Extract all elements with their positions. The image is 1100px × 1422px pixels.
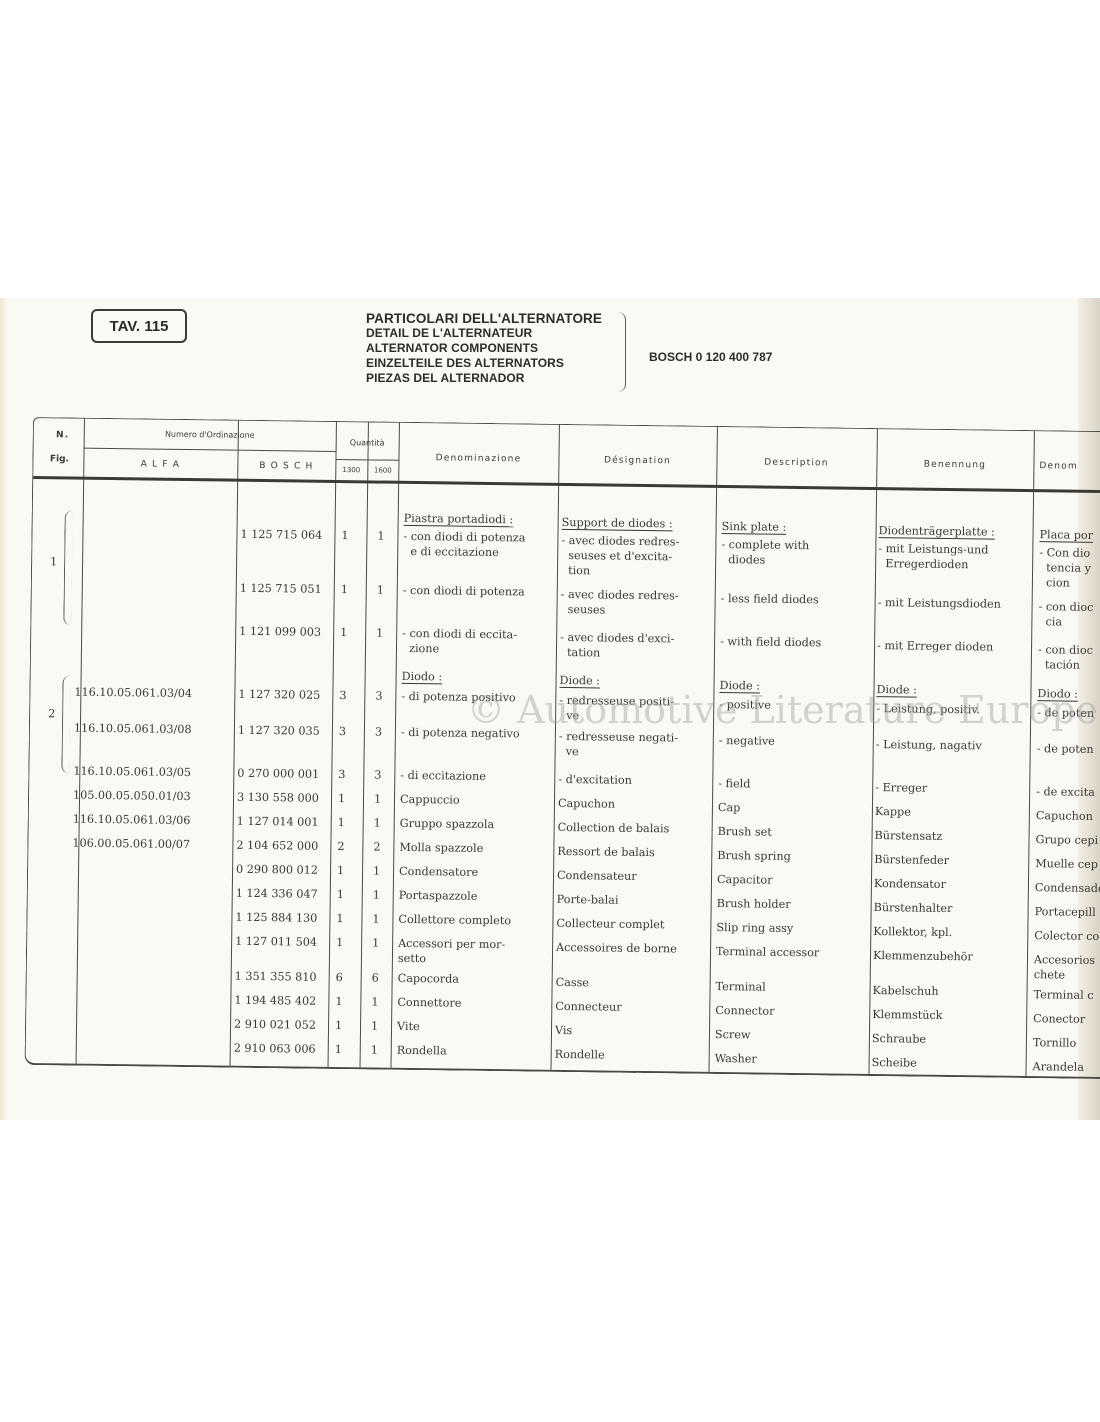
cell-qty-1300: 2 [337,839,344,854]
cell-bosch: 1 194 485 402 [234,993,316,1009]
cell-qty-1300: 1 [335,1042,342,1057]
cell-designation: Ressort de balais [557,844,655,860]
cell-description: Capacitor [717,872,773,888]
group-heading-es-1: Placa por [1039,527,1093,543]
header-quantity: Quantità [336,438,399,448]
cell-qty-1300: 1 [341,582,348,597]
cell-qty-1300: 1 [336,935,343,950]
cell-benennung: Klemmenzubehör [873,948,973,964]
cell-designation: Condensateur [557,868,637,884]
cell-denominazione: Connettore [397,995,461,1011]
cell-description: - complete with diodes [721,537,809,568]
section-titles: PARTICOLARI DELL'ALTERNATORE DETAIL DE L… [366,311,602,386]
cell-denominazione: - con diodi di eccita- zione [402,626,517,658]
title-fr: DETAIL DE L'ALTERNATEUR [366,326,602,341]
cell-designation: Rondelle [555,1047,605,1063]
group-heading-en-2: Diode : [719,678,760,694]
cell-bosch: 1 125 715 064 [240,527,322,543]
header-alfa: A L F A [83,459,237,471]
cell-bosch: 1 121 099 003 [239,624,321,640]
cell-denominacion: Terminal c [1033,987,1093,1003]
header-fig: Fig. [39,454,79,465]
cell-description: Brush holder [717,896,791,912]
cell-qty-1600: 1 [377,529,384,544]
cell-designation: - redresseuse positi- ve [559,693,674,724]
fig-number-1: 1 [50,554,57,569]
cell-alfa: 116.10.05.061.03/05 [73,764,191,781]
cell-alfa: 105.00.05.050.01/03 [73,788,191,805]
header-q1600: 1600 [367,466,398,474]
cell-designation: - avec diodes redres- seuses [560,587,678,619]
fig-brace-2 [61,675,70,773]
cell-benennung: Kollektor, kpl. [873,924,952,940]
cell-qty-1600: 1 [372,935,379,950]
cell-description: Brush set [718,824,772,840]
cell-denominacion: Colector co [1034,928,1099,944]
cell-denominacion: Arandela [1032,1059,1084,1075]
cell-denominazione: Collettore completo [398,912,511,928]
cell-qty-1600: 6 [372,970,379,985]
cell-qty-1600: 1 [371,1042,378,1057]
cell-qty-1300: 1 [336,911,343,926]
cell-denominazione: Condensatore [399,864,478,880]
cell-denominazione: Cappuccio [400,792,460,808]
plate-label: TAV. 115 [91,309,187,343]
col-divider [708,427,717,1072]
cell-description: Terminal accessor [716,944,819,960]
cell-bosch: 1 127 320 035 [238,723,320,739]
cell-qty-1300: 3 [339,724,346,739]
cell-description: Slip ring assy [716,920,793,936]
cell-denominazione: Gruppo spazzola [400,816,495,832]
cell-denominazione: Molla spazzole [399,840,483,856]
cell-denominacion: Accesorios chete [1034,952,1096,983]
cell-denominacion: - con dioc cia [1038,599,1093,630]
group-heading-fr-2: Diode : [559,673,600,689]
cell-qty-1300: 1 [341,528,348,543]
cell-qty-1600: 1 [376,626,383,641]
cell-denominazione: Accessori per mor- setto [398,936,505,967]
header-rule [33,476,1100,493]
header-benennung: Benennung [876,459,1033,471]
cell-benennung: Scheibe [872,1055,917,1071]
group-heading-it-2: Diodo : [402,669,443,685]
header-q1300: 1300 [335,466,367,474]
cell-denominacion: Condensado [1035,880,1100,896]
cell-denominazione: - di potenza positivo [401,689,516,705]
cell-qty-1600: 1 [374,815,381,830]
cell-description: - less field diodes [721,591,819,607]
cell-benennung: - mit Erreger dioden [877,638,993,655]
cell-bosch: 1 127 320 025 [238,687,320,703]
cell-denominazione: - di potenza negativo [401,725,520,742]
cell-benennung: - Leistung, nagativ [876,737,982,753]
cell-bosch: 1 125 715 051 [240,581,322,597]
cell-denominacion: - de poten [1037,705,1094,721]
bosch-reference: BOSCH 0 120 400 787 [649,350,772,364]
cell-qty-1600: 1 [373,863,380,878]
fig-brace-1 [63,510,73,625]
cell-denominazione: Rondella [397,1043,447,1059]
cell-benennung: Kondensator [874,876,946,892]
cell-benennung: - mit Leistungs-und Erregerdioden [878,541,988,572]
cell-bosch: 2 910 063 006 [234,1041,316,1057]
cell-alfa: 116.10.05.061.03/04 [74,685,192,702]
title-it: PARTICOLARI DELL'ALTERNATORE [366,311,602,326]
cell-benennung: Bürstensatz [874,828,942,844]
cell-qty-1600: 1 [377,583,384,598]
cell-qty-1300: 3 [338,767,345,782]
cell-alfa: 106.00.05.061.00/07 [72,836,190,853]
header-subline [84,448,336,452]
group-heading-es-2: Diodo : [1037,686,1078,702]
cell-qty-1300: 1 [338,791,345,806]
header-designation: Désignation [558,455,716,467]
cell-benennung: Bürstenfeder [874,852,949,868]
cell-denominazione: Portaspazzole [399,888,478,904]
cell-benennung: - Leistung, positiv. [876,701,980,717]
cell-designation: Connecteur [555,999,621,1015]
header-denominazione: Denominazione [398,453,558,465]
cell-designation: - redresseuse negati- ve [559,729,679,761]
cell-bosch: 1 351 355 810 [235,969,317,985]
cell-designation: Vis [555,1023,572,1038]
cell-denominacion: - de poten [1037,741,1094,757]
cell-denominazione: Capocorda [398,971,460,987]
parts-table: N. Fig. Numero d'Ordinazione A L F A B O… [25,417,1100,1079]
cell-designation: - avec diodes d'exci- tation [560,630,675,661]
fig-number-2: 2 [48,706,55,721]
cell-designation: Casse [556,975,590,990]
cell-bosch: 2 910 021 052 [234,1017,316,1033]
cell-designation: Collecteur complet [556,916,664,932]
cell-denominacion: Capuchon [1036,808,1093,824]
cell-denominazione: Vite [397,1019,420,1034]
col-divider [76,419,85,1064]
cell-denominacion: Portacepill [1035,904,1096,920]
cell-benennung: - Erreger [875,780,927,796]
cell-benennung: Schraube [872,1031,926,1047]
cell-qty-1300: 1 [338,815,345,830]
cell-designation: - avec diodes redres- seuses et d'excita… [561,533,680,580]
cell-qty-1300: 1 [337,887,344,902]
cell-qty-1300: 1 [335,1018,342,1033]
cell-denominacion: Grupo cepi [1035,832,1098,848]
cell-qty-1600: 1 [371,1018,378,1033]
cell-qty-1300: 1 [335,994,342,1009]
cell-description: - negative [719,733,775,749]
cell-benennung: - mit Leistungsdioden [878,595,1001,612]
cell-qty-1600: 1 [373,887,380,902]
title-brace [617,312,626,392]
cell-bosch: 1 127 011 504 [235,934,317,950]
header-fig-n: N. [48,430,78,440]
header-denominacion: Denom [1039,461,1100,472]
cell-bosch: 1 125 884 130 [235,910,317,926]
header-order-number: Numero d'Ordinazione [84,429,336,441]
cell-bosch: 1 124 336 047 [236,886,318,902]
cell-qty-1300: 1 [337,863,344,878]
cell-qty-1600: 2 [373,839,380,854]
cell-alfa: 116.10.05.061.03/06 [73,812,191,829]
cell-designation: Porte-balai [557,892,619,908]
cell-qty-1300: 3 [339,688,346,703]
cell-qty-1600: 3 [374,767,381,782]
cell-description: Connector [715,1003,774,1019]
cell-description: Terminal [716,979,766,995]
cell-bosch: 3 130 558 000 [237,790,319,806]
cell-denominacion: - con dioc tación [1038,642,1093,673]
group-heading-de-2: Diode : [876,682,917,698]
cell-denominazione: - con diodi di potenza e di eccitazione [403,529,525,561]
header-bosch: B O S C H [237,461,335,472]
title-de: EINZELTEILE DES ALTERNATORS [366,356,602,371]
cell-description: - field [718,776,750,791]
cell-qty-1600: 1 [371,994,378,1009]
cell-bosch: 1 127 014 001 [237,814,319,830]
group-heading-de-1: Diodenträgerplatte : [878,523,994,540]
cell-benennung: Kabelschuh [872,983,938,999]
cell-denominacion: Tornillo [1033,1035,1077,1051]
cell-denominazione: - di eccitazione [400,768,486,784]
title-es: PIEZAS DEL ALTERNADOR [366,371,602,386]
cell-denominacion: - de excita [1036,784,1095,800]
cell-designation: Collection de balais [558,820,670,836]
cell-designation: - d'excitation [558,772,632,788]
cell-alfa: 116.10.05.061.03/08 [74,721,192,738]
cell-qty-1300: 6 [336,970,343,985]
cell-description: Cap [718,800,741,815]
cell-description: - with field diodes [720,634,821,650]
header-description: Description [716,457,876,469]
col-divider [360,422,369,1067]
cell-description: Brush spring [717,848,791,864]
cell-bosch: 0 270 000 001 [237,766,319,782]
cell-description: - positive [719,697,771,713]
cell-designation: Accessoires de borne [556,940,677,957]
cell-denominacion: Muelle cep [1035,856,1098,872]
cell-qty-1600: 1 [374,791,381,806]
cell-denominacion: Conector [1033,1011,1085,1027]
cell-designation: Capuchon [558,796,615,812]
cell-denominacion: - Con dio tencia y cion [1039,545,1091,591]
cell-qty-1600: 3 [375,689,382,704]
cell-benennung: Bürstenhalter [874,900,953,916]
group-heading-en-1: Sink plate : [722,519,787,535]
cell-benennung: Kappe [875,804,911,819]
cell-description: Washer [715,1051,757,1067]
group-heading-it-1: Piastra portadiodi : [404,511,514,527]
cell-description: Screw [715,1027,751,1042]
group-heading-fr-1: Support de diodes : [562,515,673,531]
cell-qty-1600: 1 [372,911,379,926]
cell-denominazione: - con diodi di potenza [403,583,525,600]
title-en: ALTERNATOR COMPONENTS [366,341,602,356]
cell-bosch: 2 104 652 000 [236,838,318,854]
cell-qty-1300: 1 [340,625,347,640]
cell-benennung: Klemmstück [872,1007,942,1023]
cell-bosch: 0 290 800 012 [236,862,318,878]
cell-qty-1600: 3 [375,725,382,740]
page-left-edge [0,298,8,1120]
